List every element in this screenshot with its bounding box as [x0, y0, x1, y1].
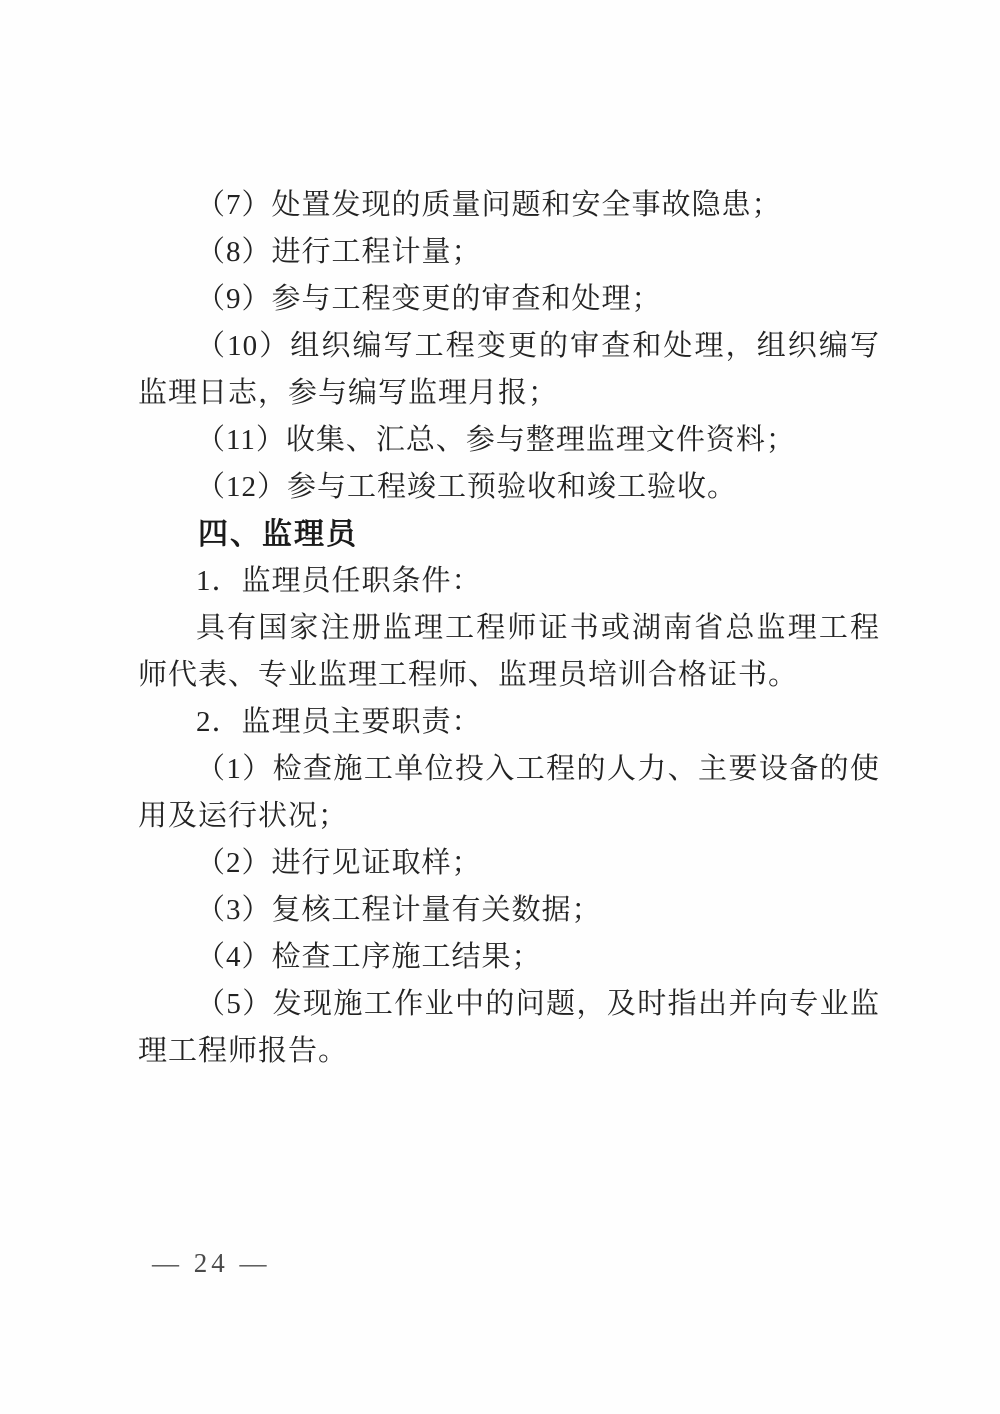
clause-1-body: 具有国家注册监理工程师证书或湖南省总监理工程师代表、专业监理工程师、监理员培训合…: [138, 605, 880, 699]
duty-item-2: （2）进行见证取样；: [138, 840, 880, 887]
duty-item-12: （12）参与工程竣工预验收和竣工验收。: [138, 464, 880, 511]
clause-2-title: 2．监理员主要职责：: [138, 699, 880, 746]
document-body: （7）处置发现的质量问题和安全事故隐患； （8）进行工程计量； （9）参与工程变…: [138, 182, 880, 1075]
duty-item-7: （7）处置发现的质量问题和安全事故隐患；: [138, 182, 880, 229]
duty-item-3: （3）复核工程计量有关数据；: [138, 887, 880, 934]
section-heading: 四、监理员: [138, 511, 880, 558]
page-number: — 24 —: [152, 1246, 271, 1280]
duty-item-4: （4）检查工序施工结果；: [138, 934, 880, 981]
duty-item-8: （8）进行工程计量；: [138, 229, 880, 276]
duty-item-1: （1）检查施工单位投入工程的人力、主要设备的使用及运行状况；: [138, 746, 880, 840]
document-page: （7）处置发现的质量问题和安全事故隐患； （8）进行工程计量； （9）参与工程变…: [0, 0, 1000, 1414]
clause-1-title: 1．监理员任职条件：: [138, 558, 880, 605]
duty-item-5: （5）发现施工作业中的问题，及时指出并向专业监理工程师报告。: [138, 981, 880, 1075]
duty-item-10: （10）组织编写工程变更的审查和处理，组织编写监理日志，参与编写监理月报；: [138, 323, 880, 417]
duty-item-11: （11）收集、汇总、参与整理监理文件资料；: [138, 417, 880, 464]
duty-item-9: （9）参与工程变更的审查和处理；: [138, 276, 880, 323]
